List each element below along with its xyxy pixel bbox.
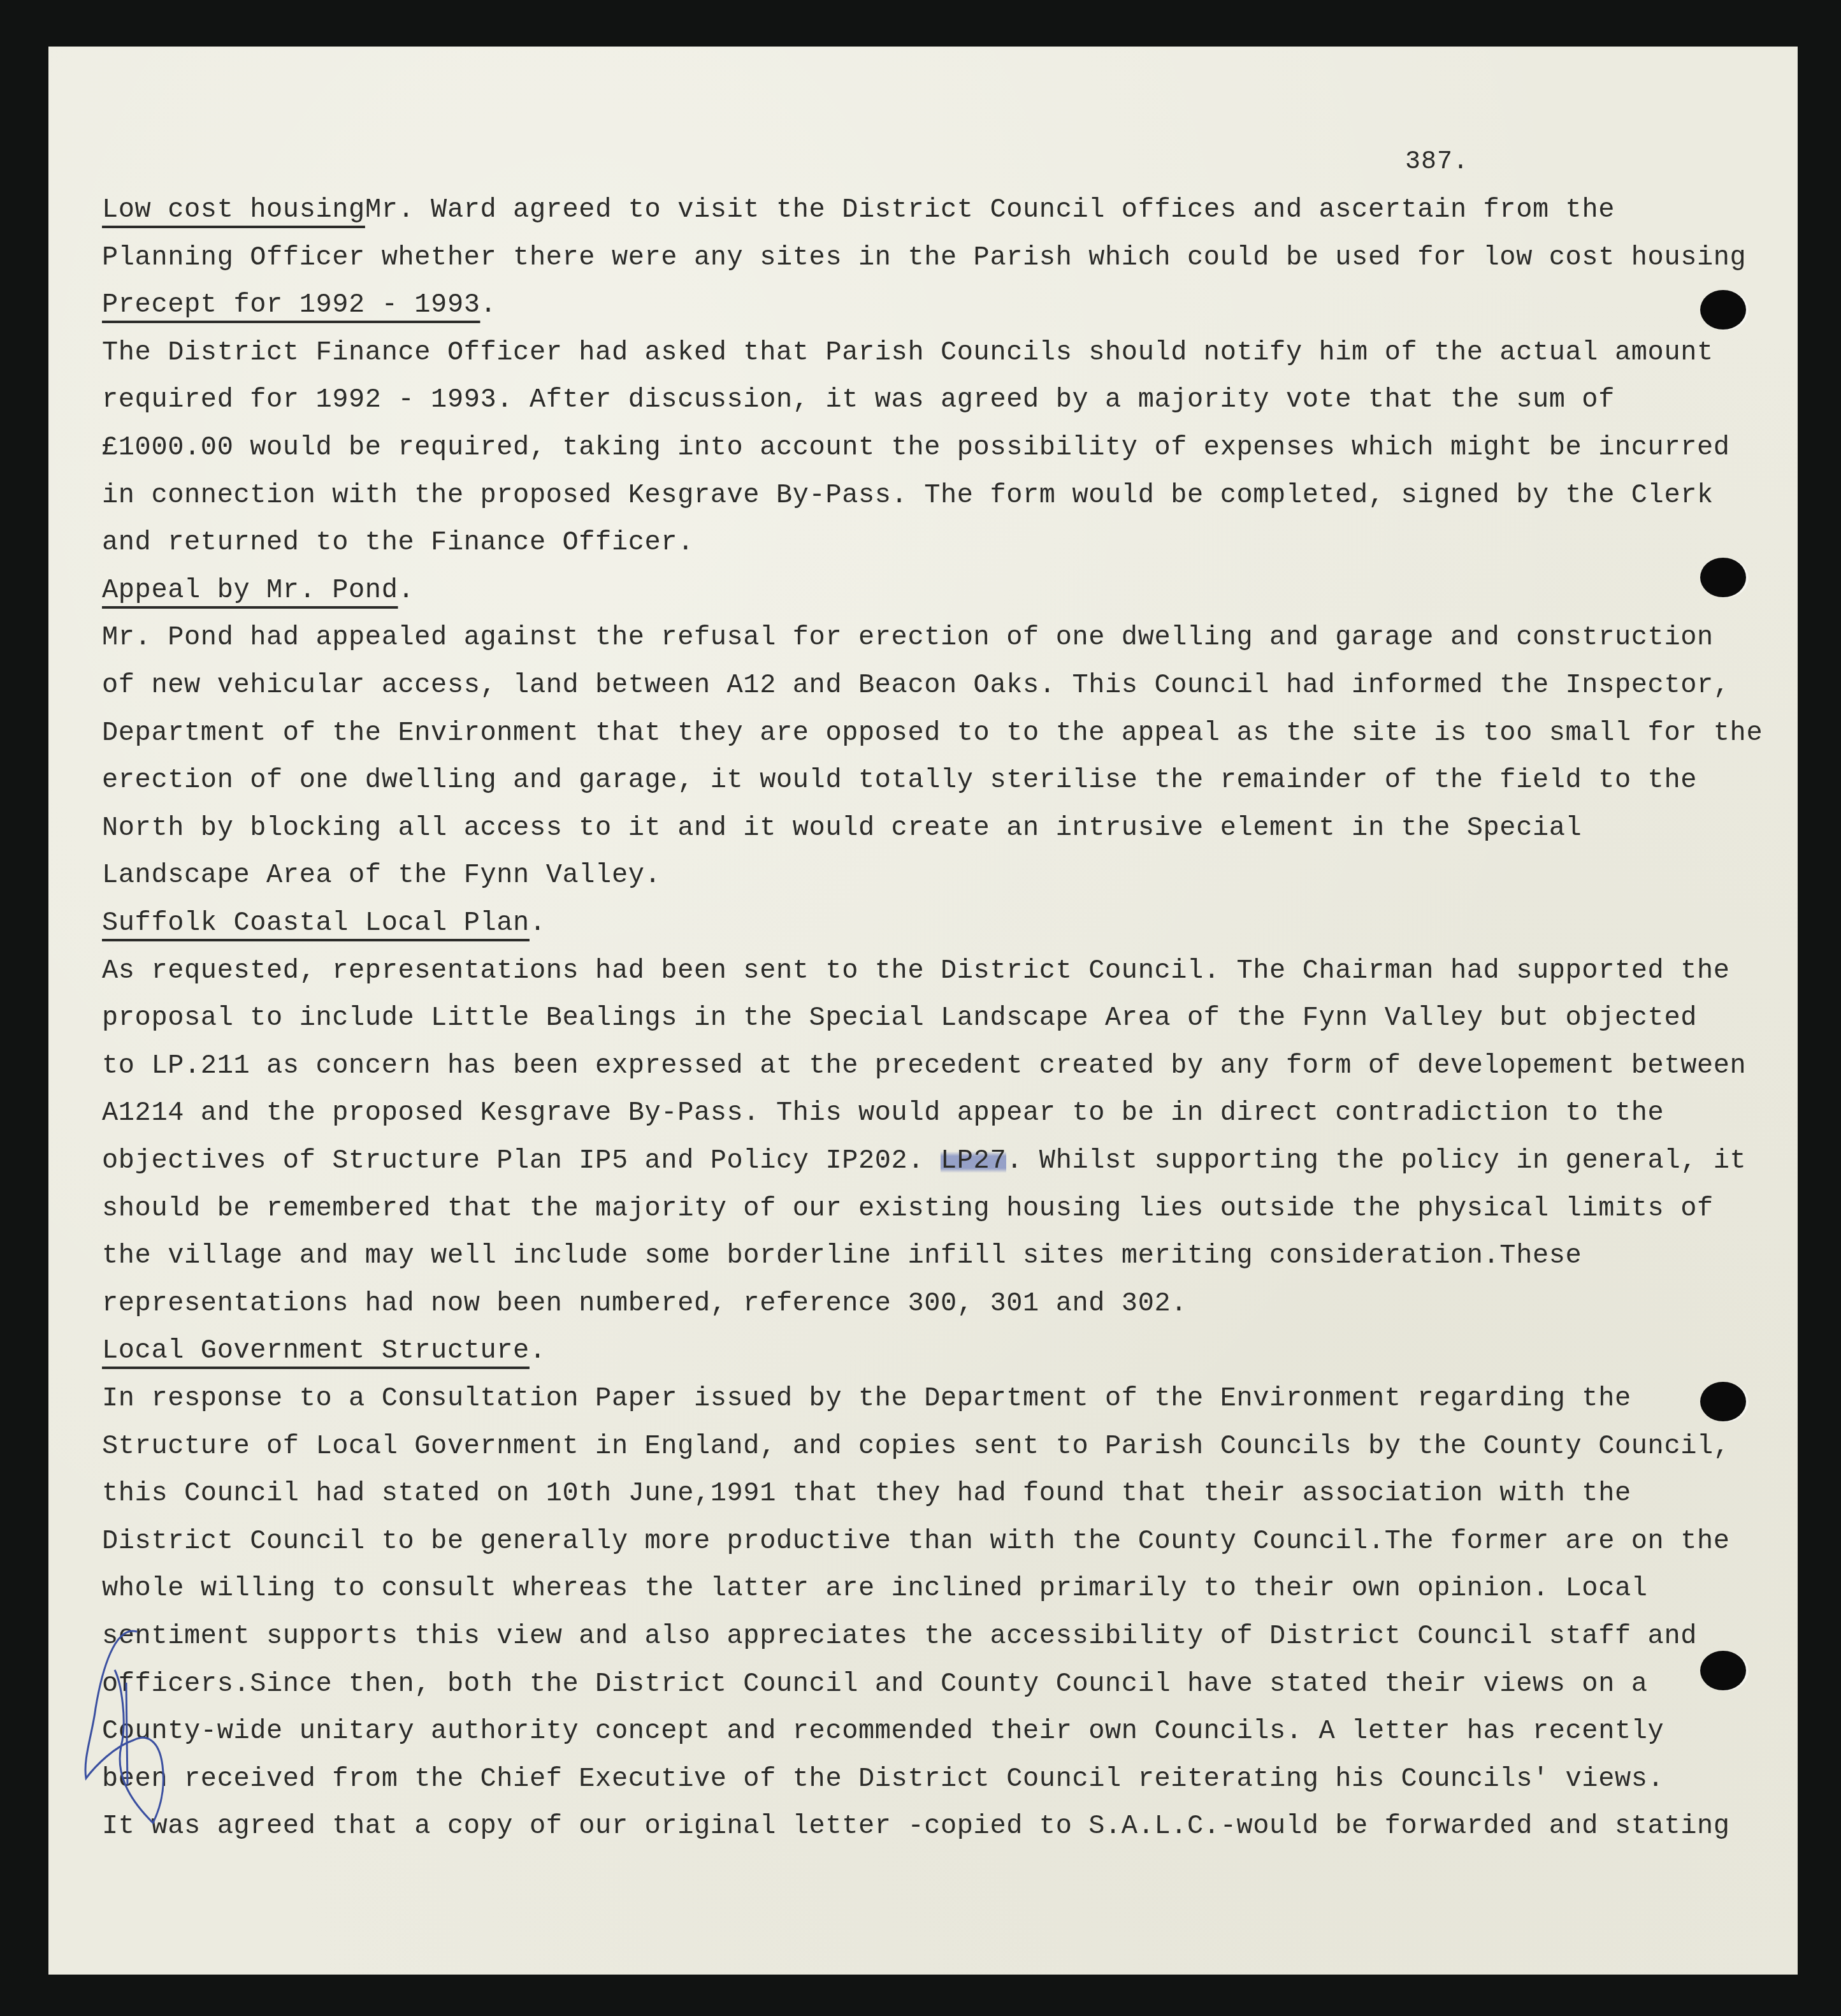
line-text: As requested, representations had been s… [102, 955, 1730, 986]
line-text: Mr. Pond had appealed against the refusa… [102, 622, 1714, 653]
line-text: and returned to the Finance Officer. [102, 527, 694, 558]
punch-hole [1700, 558, 1746, 597]
line-text: District Council to be generally more pr… [102, 1526, 1730, 1556]
text-line: sentiment supports this view and also ap… [102, 1623, 1697, 1650]
text-line: Mr. Pond had appealed against the refusa… [102, 624, 1714, 651]
line-text: whole willing to consult whereas the lat… [102, 1573, 1648, 1604]
line-text: in connection with the proposed Kesgrave… [102, 480, 1714, 511]
text-line: should be remembered that the majority o… [102, 1195, 1714, 1222]
line-text: Planning Officer whether there were any … [102, 242, 1746, 273]
text-line: County-wide unitary authority concept an… [102, 1718, 1664, 1744]
line-text: the village and may well include some bo… [102, 1240, 1582, 1271]
line-text: proposal to include Little Bealings in t… [102, 1003, 1697, 1033]
text-line: Landscape Area of the Fynn Valley. [102, 862, 661, 888]
text-line: whole willing to consult whereas the lat… [102, 1575, 1648, 1602]
text-line: and returned to the Finance Officer. [102, 529, 694, 556]
section-heading-line: Precept for 1992 - 1993. [102, 291, 496, 318]
line-text: A1214 and the proposed Kesgrave By-Pass.… [102, 1098, 1664, 1128]
text-line: Planning Officer whether there were any … [102, 244, 1746, 271]
line-text: required for 1992 - 1993. After discussi… [102, 384, 1615, 415]
text-line: officers.Since then, both the District C… [102, 1671, 1648, 1697]
text-line: As requested, representations had been s… [102, 957, 1730, 984]
text-line: The District Finance Officer had asked t… [102, 339, 1714, 366]
section-heading-line: Appeal by Mr. Pond. [102, 577, 414, 604]
line-text: £1000.00 would be required, taking into … [102, 432, 1730, 463]
section-heading: Appeal by Mr. Pond [102, 575, 398, 606]
line-text: North by blocking all access to it and i… [102, 813, 1582, 843]
text-line: objectives of Structure Plan IP5 and Pol… [102, 1147, 1746, 1174]
text-line: A1214 and the proposed Kesgrave By-Pass.… [102, 1099, 1664, 1126]
section-heading-line: Local Government Structure. [102, 1337, 546, 1364]
line-text: . [480, 289, 497, 320]
line-text: officers.Since then, both the District C… [102, 1669, 1648, 1699]
line-text: Landscape Area of the Fynn Valley. [102, 860, 661, 890]
line-text: Department of the Environment that they … [102, 718, 1763, 748]
text-line: District Council to be generally more pr… [102, 1528, 1730, 1555]
text-line: of new vehicular access, land between A1… [102, 672, 1730, 699]
text-line: representations had now been numbered, r… [102, 1290, 1187, 1317]
line-text: this Council had stated on 10th June,199… [102, 1478, 1631, 1509]
text-line: erection of one dwelling and garage, it … [102, 767, 1697, 794]
line-text: erection of one dwelling and garage, it … [102, 765, 1697, 795]
line-text: The District Finance Officer had asked t… [102, 337, 1714, 368]
punch-hole [1700, 1651, 1746, 1690]
handwritten-initials [76, 1619, 242, 1848]
text-line: In response to a Consultation Paper issu… [102, 1385, 1631, 1412]
section-heading: Local Government Structure [102, 1335, 530, 1366]
text-line: proposal to include Little Bealings in t… [102, 1004, 1697, 1031]
section-heading-line: Suffolk Coastal Local Plan. [102, 910, 546, 936]
text-line: this Council had stated on 10th June,199… [102, 1480, 1631, 1507]
section-heading-line: Low cost housingMr. Ward agreed to visit… [102, 196, 1615, 223]
punch-hole [1700, 290, 1746, 330]
text-line: £1000.00 would be required, taking into … [102, 434, 1730, 461]
punch-hole [1700, 1382, 1746, 1421]
line-text: In response to a Consultation Paper issu… [102, 1383, 1631, 1414]
text-line: been received from the Chief Executive o… [102, 1766, 1664, 1792]
line-text: . [530, 908, 546, 938]
text-line: the village and may well include some bo… [102, 1242, 1582, 1269]
line-text: It was agreed that a copy of our origina… [102, 1811, 1730, 1841]
struck-out-text: LP27 [941, 1145, 1006, 1176]
line-text: of new vehicular access, land between A1… [102, 670, 1730, 700]
text-line: It was agreed that a copy of our origina… [102, 1813, 1730, 1839]
line-text: . [398, 575, 414, 606]
line-text: to LP.211 as concern has been expressed … [102, 1050, 1746, 1081]
text-line: in connection with the proposed Kesgrave… [102, 482, 1714, 509]
line-text: been received from the Chief Executive o… [102, 1764, 1664, 1794]
text-line: required for 1992 - 1993. After discussi… [102, 386, 1615, 413]
line-text: . Whilst supporting the policy in genera… [1006, 1145, 1746, 1176]
line-text: . [530, 1335, 546, 1366]
section-heading: Low cost housing [102, 194, 365, 225]
section-heading: Suffolk Coastal Local Plan [102, 908, 530, 938]
line-text: should be remembered that the majority o… [102, 1193, 1714, 1224]
text-line: North by blocking all access to it and i… [102, 815, 1582, 841]
text-line: to LP.211 as concern has been expressed … [102, 1052, 1746, 1079]
line-text: representations had now been numbered, r… [102, 1288, 1187, 1319]
section-heading: Precept for 1992 - 1993 [102, 289, 480, 320]
line-text: Mr. Ward agreed to visit the District Co… [365, 194, 1615, 225]
text-line: Structure of Local Government in England… [102, 1433, 1730, 1460]
line-text: objectives of Structure Plan IP5 and Pol… [102, 1145, 941, 1176]
text-line: Department of the Environment that they … [102, 720, 1763, 746]
line-text: Structure of Local Government in England… [102, 1431, 1730, 1461]
line-text: County-wide unitary authority concept an… [102, 1716, 1664, 1746]
page-number: 387. [1405, 148, 1469, 177]
line-text: sentiment supports this view and also ap… [102, 1621, 1697, 1651]
